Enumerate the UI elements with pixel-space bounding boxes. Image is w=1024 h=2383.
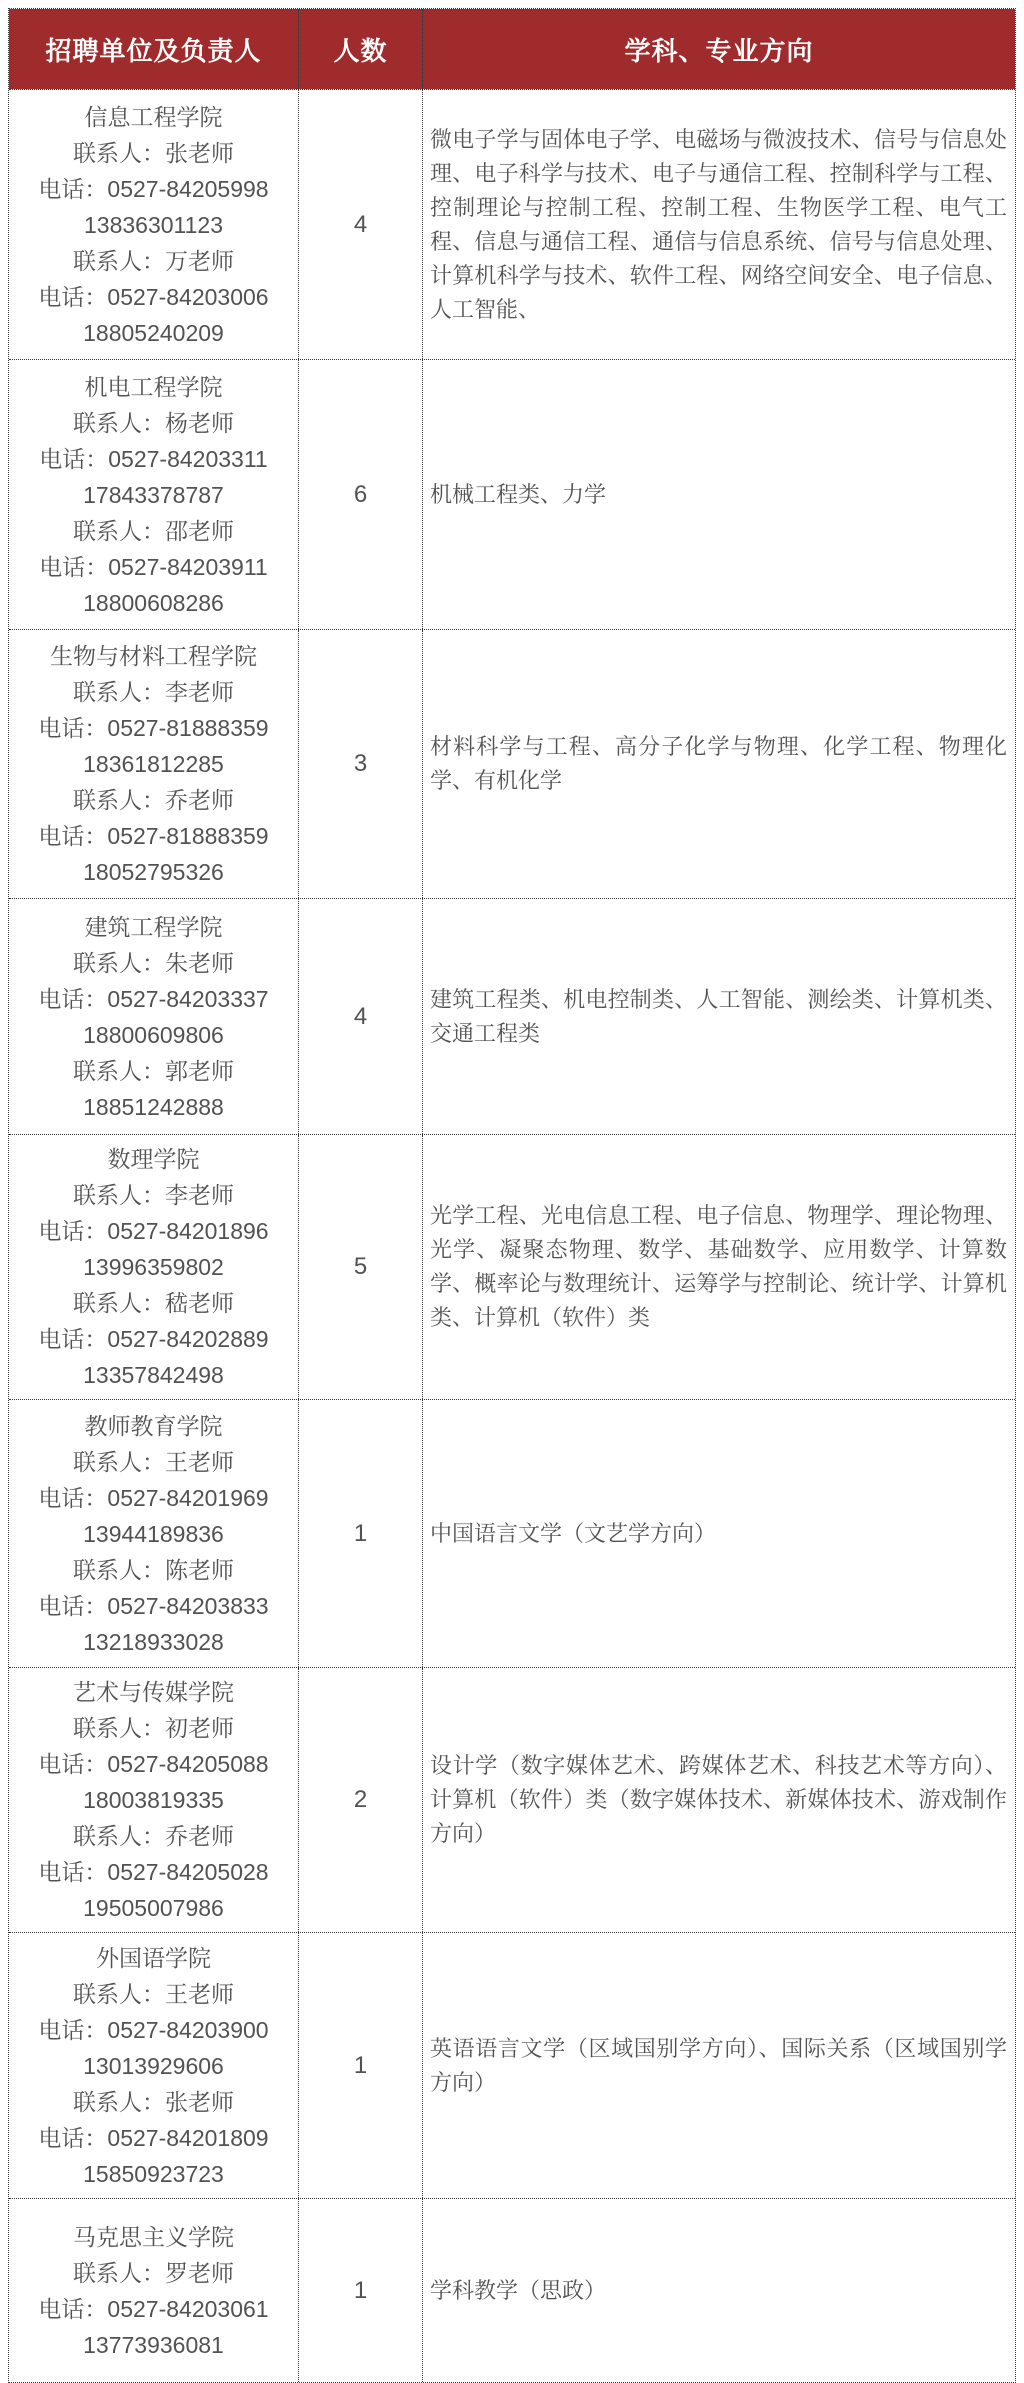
unit-line: 联系人：邵老师 [73,513,234,549]
unit-cell: 信息工程学院联系人：张老师电话：0527-8420599813836301123… [9,90,298,359]
unit-line: 教师教育学院 [85,1408,223,1444]
unit-line: 联系人：王老师 [73,1444,234,1480]
count-value: 6 [354,481,367,509]
unit-line: 电话：0527-84201809 [38,2120,268,2156]
unit-line: 13357842498 [83,1357,224,1393]
unit-cell: 外国语学院联系人：王老师电话：0527-8420390013013929606联… [9,1933,298,2198]
majors-cell: 材料科学与工程、高分子化学与物理、化学工程、物理化学、有机化学 [422,630,1015,898]
count-cell: 2 [298,1668,422,1932]
unit-line: 13944189836 [83,1516,224,1552]
unit-line: 联系人：杨老师 [73,405,234,441]
majors-text: 微电子学与固体电子学、电磁场与微波技术、信号与信息处理、电子科学与技术、电子与通… [430,123,1007,327]
table-row: 机电工程学院联系人：杨老师电话：0527-8420331117843378787… [9,359,1015,629]
unit-line: 联系人：陈老师 [73,1552,234,1588]
unit-cell: 教师教育学院联系人：王老师电话：0527-8420196913944189836… [9,1400,298,1667]
unit-line: 15850923723 [83,2156,224,2192]
unit-line: 18361812285 [83,746,224,782]
table-header-row: 招聘单位及负责人 人数 学科、专业方向 [9,9,1015,89]
majors-text: 设计学（数字媒体艺术、跨媒体艺术、科技艺术等方向）、计算机（软件）类（数字媒体技… [430,1749,1007,1851]
unit-cell: 生物与材料工程学院联系人：李老师电话：0527-8188835918361812… [9,630,298,898]
unit-line: 电话：0527-84203900 [38,2012,268,2048]
majors-text: 学科教学（思政） [430,2274,606,2308]
table-body: 信息工程学院联系人：张老师电话：0527-8420599813836301123… [9,89,1015,2382]
unit-cell: 马克思主义学院联系人：罗老师电话：0527-842030611377393608… [9,2199,298,2382]
table-row: 信息工程学院联系人：张老师电话：0527-8420599813836301123… [9,89,1015,359]
unit-line: 13013929606 [83,2048,224,2084]
table-row: 马克思主义学院联系人：罗老师电话：0527-842030611377393608… [9,2198,1015,2382]
unit-line: 18003819335 [83,1782,224,1818]
table-row: 数理学院联系人：李老师电话：0527-8420189613996359802联系… [9,1134,1015,1399]
unit-line: 电话：0527-84203061 [38,2291,268,2327]
majors-cell: 设计学（数字媒体艺术、跨媒体艺术、科技艺术等方向）、计算机（软件）类（数字媒体技… [422,1668,1015,1932]
count-value: 1 [354,1520,367,1548]
table-row: 外国语学院联系人：王老师电话：0527-8420390013013929606联… [9,1932,1015,2198]
count-value: 1 [354,2277,367,2305]
count-cell: 1 [298,1933,422,2198]
unit-cell: 机电工程学院联系人：杨老师电话：0527-8420331117843378787… [9,360,298,629]
unit-line: 生物与材料工程学院 [50,638,257,674]
unit-line: 电话：0527-84205028 [38,1854,268,1890]
unit-line: 机电工程学院 [85,369,223,405]
unit-line: 18052795326 [83,854,224,890]
majors-cell: 光学工程、光电信息工程、电子信息、物理学、理论物理、光学、凝聚态物理、数学、基础… [422,1135,1015,1399]
header-major-column: 学科、专业方向 [422,9,1015,89]
unit-line: 联系人：李老师 [73,674,234,710]
unit-line: 电话：0527-84205088 [38,1746,268,1782]
majors-text: 中国语言文学（文艺学方向） [430,1517,716,1551]
unit-line: 电话：0527-84203911 [39,549,267,585]
unit-line: 13996359802 [83,1249,224,1285]
majors-text: 建筑工程类、机电控制类、人工智能、测绘类、计算机类、交通工程类 [430,983,1007,1051]
count-value: 3 [354,750,367,778]
unit-line: 信息工程学院 [85,99,223,135]
unit-line: 数理学院 [108,1141,200,1177]
unit-line: 18805240209 [83,315,224,351]
unit-cell: 艺术与传媒学院联系人：初老师电话：0527-842050881800381933… [9,1668,298,1932]
unit-line: 13836301123 [84,207,223,243]
unit-line: 13218933028 [83,1624,224,1660]
table-row: 艺术与传媒学院联系人：初老师电话：0527-842050881800381933… [9,1667,1015,1932]
unit-line: 联系人：朱老师 [73,945,234,981]
unit-line: 马克思主义学院 [73,2219,234,2255]
unit-line: 电话：0527-84203006 [38,279,268,315]
unit-line: 联系人：王老师 [73,1976,234,2012]
count-cell: 1 [298,2199,422,2382]
page: 招聘单位及负责人 人数 学科、专业方向 信息工程学院联系人：张老师电话：0527… [0,0,1024,2375]
count-cell: 6 [298,360,422,629]
unit-line: 17843378787 [83,477,224,513]
count-value: 4 [354,211,367,239]
unit-line: 电话：0527-84203337 [38,981,268,1017]
count-value: 1 [354,2052,367,2080]
unit-line: 联系人：嵇老师 [73,1285,234,1321]
unit-line: 电话：0527-84202889 [38,1321,268,1357]
unit-cell: 数理学院联系人：李老师电话：0527-8420189613996359802联系… [9,1135,298,1399]
unit-line: 18800608286 [83,585,224,621]
majors-cell: 建筑工程类、机电控制类、人工智能、测绘类、计算机类、交通工程类 [422,899,1015,1134]
unit-line: 电话：0527-84203311 [39,441,267,477]
majors-text: 材料科学与工程、高分子化学与物理、化学工程、物理化学、有机化学 [430,730,1007,798]
count-value: 2 [354,1786,367,1814]
unit-line: 联系人：乔老师 [73,1818,234,1854]
unit-line: 联系人：初老师 [73,1710,234,1746]
unit-line: 联系人：乔老师 [73,782,234,818]
unit-line: 13773936081 [83,2327,224,2363]
unit-line: 联系人：罗老师 [73,2255,234,2291]
unit-line: 18800609806 [83,1017,224,1053]
count-value: 4 [354,1003,367,1031]
unit-line: 电话：0527-84201969 [38,1480,268,1516]
unit-line: 电话：0527-84205998 [38,171,268,207]
unit-line: 联系人：张老师 [73,2084,234,2120]
majors-cell: 英语语言文学（区域国别学方向）、国际关系（区域国别学方向） [422,1933,1015,2198]
unit-line: 电话：0527-81888359 [38,818,268,854]
table-row: 教师教育学院联系人：王老师电话：0527-8420196913944189836… [9,1399,1015,1667]
unit-line: 联系人：万老师 [73,243,234,279]
count-cell: 1 [298,1400,422,1667]
unit-line: 电话：0527-84203833 [38,1588,268,1624]
majors-cell: 微电子学与固体电子学、电磁场与微波技术、信号与信息处理、电子科学与技术、电子与通… [422,90,1015,359]
recruitment-table: 招聘单位及负责人 人数 学科、专业方向 信息工程学院联系人：张老师电话：0527… [8,8,1016,2383]
majors-text: 英语语言文学（区域国别学方向）、国际关系（区域国别学方向） [430,2032,1007,2100]
unit-line: 建筑工程学院 [85,909,223,945]
count-cell: 3 [298,630,422,898]
count-cell: 4 [298,899,422,1134]
unit-line: 艺术与传媒学院 [73,1674,234,1710]
unit-line: 联系人：李老师 [73,1177,234,1213]
unit-cell: 建筑工程学院联系人：朱老师电话：0527-8420333718800609806… [9,899,298,1134]
count-cell: 5 [298,1135,422,1399]
unit-line: 外国语学院 [96,1940,211,1976]
unit-line: 电话：0527-81888359 [38,710,268,746]
majors-cell: 学科教学（思政） [422,2199,1015,2382]
count-cell: 4 [298,90,422,359]
unit-line: 联系人：郭老师 [73,1053,234,1089]
unit-line: 联系人：张老师 [73,135,234,171]
unit-line: 19505007986 [83,1890,224,1926]
header-count-column: 人数 [298,9,422,89]
table-row: 生物与材料工程学院联系人：李老师电话：0527-8188835918361812… [9,629,1015,898]
unit-line: 电话：0527-84201896 [38,1213,268,1249]
majors-text: 光学工程、光电信息工程、电子信息、物理学、理论物理、光学、凝聚态物理、数学、基础… [430,1199,1007,1335]
count-value: 5 [354,1253,367,1281]
majors-cell: 中国语言文学（文艺学方向） [422,1400,1015,1667]
table-row: 建筑工程学院联系人：朱老师电话：0527-8420333718800609806… [9,898,1015,1134]
majors-cell: 机械工程类、力学 [422,360,1015,629]
majors-text: 机械工程类、力学 [430,478,606,512]
header-unit-column: 招聘单位及负责人 [9,9,298,89]
unit-line: 18851242888 [83,1089,224,1125]
